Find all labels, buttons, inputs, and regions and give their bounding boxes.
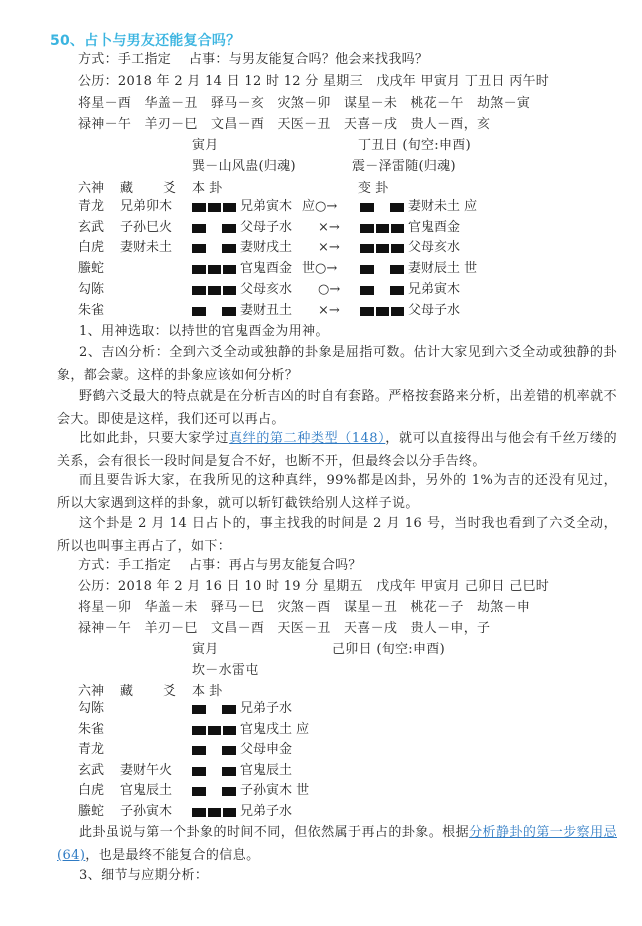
gua1-day: 丁丑日 (旬空:申酉) xyxy=(358,138,471,154)
yin-line-icon xyxy=(192,787,236,796)
bian-yao: 妻财辰土 世 xyxy=(408,261,477,277)
header-cang: 藏 xyxy=(120,684,133,700)
zhenban-type2-link[interactable]: 真绊的第二种类型（148） xyxy=(229,431,385,446)
cang: 官鬼辰土 xyxy=(120,783,172,799)
ben-yao: 妻财丑土 xyxy=(240,303,292,319)
analysis-zaizhan: 这个卦是 2 月 14 日占卜的，事主找我的时间是 2 月 16 号，当时我也看… xyxy=(57,513,617,558)
ben-yao: 妻财戌土 xyxy=(240,240,292,256)
gua2-stars-2: 禄神－午 羊刃－巳 文昌－酉 天医－丑 天喜－戌 贵人－申，子 xyxy=(78,621,490,637)
gua1-calendar: 公历：2018 年 2 月 14 日 12 时 12 分 星期三 戊戌年 甲寅月… xyxy=(78,74,549,90)
ben-yao: 父母亥水 xyxy=(240,282,292,298)
ben-yao: 兄弟子水 xyxy=(240,701,292,717)
bian-yao: 兄弟寅木 xyxy=(408,282,460,298)
yin-line-icon xyxy=(360,265,404,274)
analysis-taolu: 野鹤六爻最大的特点就是在分析吉凶的时自有套路。严格按套路来分析，出差错的机率就不… xyxy=(57,386,617,431)
yang-line-icon xyxy=(192,286,236,295)
p4-before: 比如此卦，只要大家学过 xyxy=(79,431,229,446)
header-ben: 本 卦 xyxy=(192,181,222,197)
document-page: 50、占卜与男友还能复合吗？ 方式：手工指定 占事：与男友能复合吗？他会来找我吗… xyxy=(0,0,642,926)
gua2-day: 己卯日 (旬空:申酉) xyxy=(332,642,445,658)
yin-line-icon xyxy=(360,286,404,295)
header-liushen: 六神 xyxy=(78,684,104,700)
header-cang: 藏 xyxy=(120,181,133,197)
bian-yao: 妻财未土 应 xyxy=(408,199,477,215)
analysis-yongshen: 1、用神选取：以持世的官鬼酉金为用神。 xyxy=(57,321,617,344)
analysis-zhenban: 而且要告诉大家，在我所见的这种真绊，99%都是凶卦，另外的 1%为吉的还没有见过… xyxy=(57,470,617,515)
liushen: 勾陈 xyxy=(78,701,104,717)
cang: 妻财未土 xyxy=(120,240,172,256)
conclusion-paragraph: 此卦虽说与第一个卦象的时间不同，但依然属于再占的卦象。根据分析静卦的第一步察用忌… xyxy=(57,822,617,867)
change-mark: 世○→ xyxy=(302,261,337,277)
change-mark: ×→ xyxy=(318,303,340,319)
cang: 妻财午火 xyxy=(120,763,172,779)
gua1-bian-name: 震－泽雷随(归魂) xyxy=(352,159,456,175)
c1-before: 此卦虽说与第一个卦象的时间不同，但依然属于再占的卦象。根据 xyxy=(79,825,469,840)
gua2-calendar: 公历：2018 年 2 月 16 日 10 时 19 分 星期五 戊戌年 甲寅月… xyxy=(78,579,549,595)
ben-yao: 兄弟寅木 xyxy=(240,199,292,215)
gua2-month: 寅月 xyxy=(192,642,219,658)
header-liushen: 六神 xyxy=(78,181,104,197)
yin-line-icon xyxy=(192,224,236,233)
bian-yao: 父母亥水 xyxy=(408,240,460,256)
yin-line-icon xyxy=(192,244,236,253)
gua2-ben-name: 坎－水雷屯 xyxy=(192,663,259,679)
header-ben: 本 卦 xyxy=(192,684,222,700)
cang: 兄弟卯木 xyxy=(120,199,172,215)
yang-line-icon xyxy=(360,244,404,253)
yin-line-icon xyxy=(360,203,404,212)
change-mark: 应○→ xyxy=(302,199,337,215)
liushen: 青龙 xyxy=(78,742,104,758)
bian-yao: 父母子水 xyxy=(408,303,460,319)
ben-yao: 兄弟子水 xyxy=(240,804,292,820)
liushen: 朱雀 xyxy=(78,303,104,319)
liushen: 螣蛇 xyxy=(78,804,104,820)
yang-line-icon xyxy=(360,307,404,316)
section-title: 50、占卜与男友还能复合吗？ xyxy=(50,30,240,50)
gua1-month: 寅月 xyxy=(192,138,219,154)
yang-line-icon xyxy=(192,265,236,274)
gua2-stars-1: 将星－卯 华盖－未 驿马－巳 灾煞－酉 谋星－丑 桃花－子 劫煞－申 xyxy=(78,600,530,616)
ben-yao: 子孙寅木 世 xyxy=(240,783,309,799)
liushen: 白虎 xyxy=(78,783,104,799)
change-mark: ×→ xyxy=(318,240,340,256)
gua2-method: 方式：手工指定 占事：再占与男友能复合吗？ xyxy=(78,558,362,574)
yang-line-icon xyxy=(360,224,404,233)
gua1-method: 方式：手工指定 占事：与男友能复合吗？他会来找我吗？ xyxy=(78,52,428,68)
liushen: 朱雀 xyxy=(78,722,104,738)
liushen: 螣蛇 xyxy=(78,261,104,277)
analysis-jixiong: 2、吉凶分析：全到六爻全动或独静的卦象是屈指可数。估计大家见到六爻全动或独静的卦… xyxy=(57,342,617,387)
yin-line-icon xyxy=(192,307,236,316)
ben-yao: 官鬼酉金 xyxy=(240,261,292,277)
yin-line-icon xyxy=(192,767,236,776)
header-yao: 爻 xyxy=(163,181,176,197)
yang-line-icon xyxy=(192,203,236,212)
ben-yao: 父母申金 xyxy=(240,742,292,758)
analysis-example: 比如此卦，只要大家学过真绊的第二种类型（148），就可以直接得出与他会有千丝万缕… xyxy=(57,428,617,473)
liushen: 玄武 xyxy=(78,220,104,236)
ben-yao: 父母子水 xyxy=(240,220,292,236)
liushen: 青龙 xyxy=(78,199,104,215)
ben-yao: 官鬼辰土 xyxy=(240,763,292,779)
yang-line-icon xyxy=(192,726,236,735)
yang-line-icon xyxy=(192,808,236,817)
cang: 子孙巳火 xyxy=(120,220,172,236)
header-bian: 变 卦 xyxy=(358,181,388,197)
gua1-stars-1: 将星－酉 华盖－丑 驿马－亥 灾煞－卯 谋星－未 桃花－午 劫煞－寅 xyxy=(78,96,530,112)
liushen: 勾陈 xyxy=(78,282,104,298)
ben-yao: 官鬼戌土 应 xyxy=(240,722,309,738)
yin-line-icon xyxy=(192,746,236,755)
change-mark: ○→ xyxy=(318,282,340,298)
bian-yao: 官鬼酉金 xyxy=(408,220,460,236)
cang: 子孙寅木 xyxy=(120,804,172,820)
gua1-stars-2: 禄神－午 羊刃－巳 文昌－酉 天医－丑 天喜－戌 贵人－酉，亥 xyxy=(78,117,490,133)
change-mark: ×→ xyxy=(318,220,340,236)
header-yao: 爻 xyxy=(163,684,176,700)
detail-heading: 3、细节与应期分析： xyxy=(57,865,617,888)
gua1-ben-name: 巽－山风蛊(归魂) xyxy=(192,159,296,175)
liushen: 白虎 xyxy=(78,240,104,256)
yin-line-icon xyxy=(192,705,236,714)
c1-after: ，也是最终不能复合的信息。 xyxy=(85,848,259,863)
liushen: 玄武 xyxy=(78,763,104,779)
